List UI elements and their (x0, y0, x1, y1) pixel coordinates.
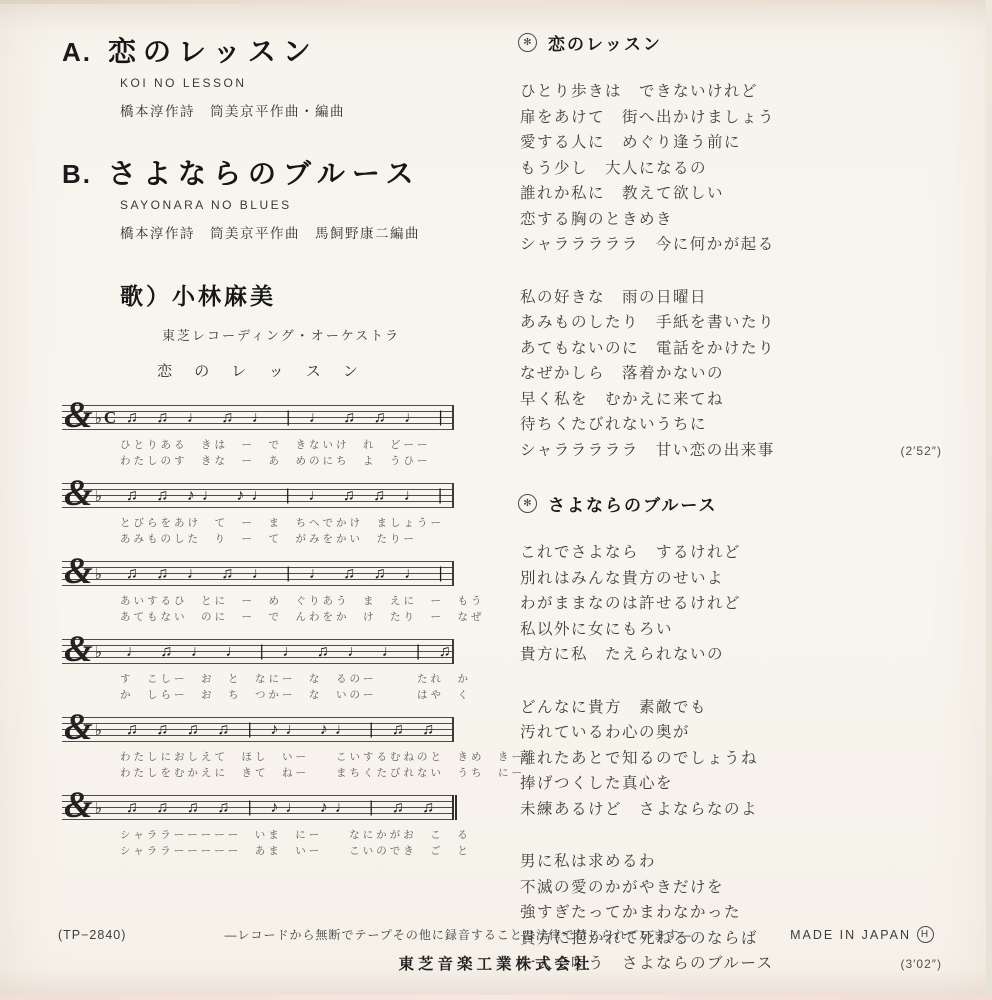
lyric-line: 別れはみんな貴方のせいよ (520, 566, 942, 592)
staff-lyric-line-1: ひとりある きは ー で きないけ れ どーー (120, 438, 462, 452)
flat-sign-icon: ♭ (95, 487, 102, 505)
staff-list: & ♭ C ♫ ♫ ♩ ♫ ♩ | ♩ ♫ ♫ ♩ | ♩ ♫ ♩ | ▬ ひと… (62, 405, 462, 858)
note-glyphs: ♫ ♫ ♩ ♫ ♩ | ♩ ♫ ♫ ♩ | ♩ ♫ ♩ | ▬ (116, 409, 452, 427)
made-in-japan-text: MADE IN JAPAN (790, 928, 911, 942)
made-in-japan: MADE IN JAPAN H (790, 926, 934, 943)
music-staff: & ♭ ♩ ♫ ♩ ♩ | ♩ ♫ ♩ ♩ | ♫ ♩. | ♩ ♪♩ ♩ す … (62, 639, 462, 702)
staff-lines: & ♭ ♫ ♫ ♩ ♫ ♩ | ♩ ♫ ♫ ♩ | ♩. ♪♩ ♩ | ♩ ♩ (62, 561, 454, 586)
track-a-side-letter: A. (62, 37, 92, 68)
treble-clef-icon: & (64, 481, 93, 506)
lyric-line: 不滅の愛のかがやきだけを (520, 875, 942, 901)
lyric-text: これでさよなら するけれど (520, 540, 741, 566)
note-glyphs: ♩ ♫ ♩ ♩ | ♩ ♫ ♩ ♩ | ♫ ♩. | ♩ ♪♩ ♩ (116, 643, 452, 661)
section-title: さよならのブルース (548, 491, 717, 516)
flat-sign-icon: ♭ (95, 565, 102, 583)
staff-lyric-line-1: す こしー お と なにー な るのー たれ か (120, 672, 462, 686)
circled-h-mark-icon: H (917, 926, 934, 943)
staff-lyric-line-1: わたしにおしえて ほし いー こいするむねのと きめ きー (120, 750, 462, 764)
staff-lyric-line-2: あみものした り ー て がみをかい たりー (120, 532, 462, 546)
lyric-text: シャラララララ 甘い恋の出来事 (520, 438, 775, 464)
scan-edge-top (0, 0, 992, 4)
staff-lyric-line-1: あいするひ とに ー め ぐりあう ま えに ー もう (120, 594, 462, 608)
scan-edge-right (986, 0, 992, 1000)
section-header: ✻ 恋のレッスン (518, 30, 942, 55)
treble-clef-icon: & (64, 793, 93, 818)
flower-ornament-icon: ✻ (518, 33, 537, 52)
catalog-number: (TP−2840) (58, 928, 126, 942)
staff-lyric-line-2: か しらー お ち つかー な いのー はや く (120, 688, 462, 702)
flat-sign-icon: ♭ (95, 643, 102, 661)
lyric-text: なぜかしら 落着かないの (520, 361, 724, 387)
lyrics-section-sayonara-no-blues: ✻ さよならのブルース これでさよなら するけれど 別れはみんな貴方のせいよ わ… (518, 491, 942, 978)
lyric-line: もう少し 大人になるの (520, 156, 942, 182)
lyric-text: 貴方に私 たえられないの (520, 642, 724, 668)
flower-ornament-icon: ✻ (518, 494, 537, 513)
lyric-line: ひとり歩きは できないけれど (520, 79, 942, 105)
staff-lines: & ♭ ♫ ♫ ♫ ♫ | ♪♩ ♪♩ | ♫ ♫ ♩ ♩ | ○ (62, 795, 457, 820)
lyric-text: わがままなのは許せるけれど (520, 591, 741, 617)
lyric-text: 強すぎたってかまわなかった (520, 900, 741, 926)
staff-lines: & ♭ ♫ ♫ ♪♩ ♪♩ | ♩ ♫ ♫ ♩ | ♩ ♫ ♩ | ▬ (62, 483, 454, 508)
lyric-line: あみものしたり 手紙を書いたり (520, 310, 942, 336)
lyric-text: 扉をあけて 街へ出かけましょう (520, 105, 775, 131)
lyric-line: 貴方に私 たえられないの (520, 642, 942, 668)
staff-lyric-line-1: シャララーーーーー いま にー なにかがお こ る (120, 828, 462, 842)
sheet-music: 恋 の レ ッ ス ン & ♭ C ♫ ♫ ♩ ♫ ♩ | ♩ ♫ ♫ ♩ | … (62, 360, 462, 873)
lyric-line: 汚れているわ心の奥が (520, 720, 942, 746)
lyric-text: ひとり歩きは できないけれど (520, 79, 758, 105)
lyric-line: 待ちくたびれないうちに (520, 412, 942, 438)
lyric-line: 誰れか私に 教えて欲しい (520, 181, 942, 207)
lyric-text: 私以外に女にもろい (520, 617, 673, 643)
singer-name: 歌）小林麻美 (120, 278, 502, 311)
music-staff: & ♭ C ♫ ♫ ♩ ♫ ♩ | ♩ ♫ ♫ ♩ | ♩ ♫ ♩ | ▬ ひと… (62, 405, 462, 468)
staff-lyric-line-2: シャララーーーーー あま いー こいのでき ご と (120, 844, 462, 858)
lyric-line: 未練あるけど さよならなのよ (520, 797, 942, 823)
lyric-text: 別れはみんな貴方のせいよ (520, 566, 724, 592)
lyric-line: 愛する人に めぐり逢う前に (520, 130, 942, 156)
track-duration: (2′52″) (900, 439, 942, 465)
lyric-text: 捧げつくした真心を (520, 771, 673, 797)
lyric-line: どんなに貴方 素敵でも (520, 695, 942, 721)
note-glyphs: ♫ ♫ ♩ ♫ ♩ | ♩ ♫ ♫ ♩ | ♩. ♪♩ ♩ | ♩ ♩ (116, 565, 452, 583)
lyrics-section-koi-no-lesson: ✻ 恋のレッスン ひとり歩きは できないけれど 扉をあけて 街へ出かけましょう … (518, 30, 942, 464)
treble-clef-icon: & (64, 637, 93, 662)
lyric-text: 私の好きな 雨の日曜日 (520, 285, 707, 311)
lyric-line: シャラララララ 甘い恋の出来事 (2′52″) (520, 438, 942, 465)
lyric-line: シャラララララ 今に何かが起る (520, 232, 942, 258)
staff-lines: & ♭ ♩ ♫ ♩ ♩ | ♩ ♫ ♩ ♩ | ♫ ♩. | ♩ ♪♩ ♩ (62, 639, 454, 664)
lyric-line: 離れたあとで知るのでしょうね (520, 746, 942, 772)
lyric-line: 私の好きな 雨の日曜日 (520, 285, 942, 311)
stanza: これでさよなら するけれど 別れはみんな貴方のせいよ わがままなのは許せるけれど… (520, 540, 942, 668)
note-glyphs: ♫ ♫ ♫ ♫ | ♪♩ ♪♩ | ♫ ♫ ♩ ♩ | ○ (116, 799, 452, 817)
lyric-text: あみものしたり 手紙を書いたり (520, 310, 775, 336)
lyric-line: 早く私を むかえに来てね (520, 387, 942, 413)
music-staff: & ♭ ♫ ♫ ♩ ♫ ♩ | ♩ ♫ ♫ ♩ | ♩. ♪♩ ♩ | ♩ ♩ … (62, 561, 462, 624)
lyric-text: シャラララララ 今に何かが起る (520, 232, 775, 258)
lyric-text: 未練あるけど さよならなのよ (520, 797, 758, 823)
staff-lines: & ♭ ♫ ♫ ♫ ♫ | ♪♩ ♪♩ | ♫ ♫ ♫ ♫ | ♪♩ ♪♩ (62, 717, 454, 742)
music-staff: & ♭ ♫ ♫ ♫ ♫ | ♪♩ ♪♩ | ♫ ♫ ♩ ♩ | ○ シャララーー… (62, 795, 462, 858)
staff-lyric-line-1: とびらをあけ て ー ま ちへでかけ ましょうー (120, 516, 462, 530)
treble-clef-icon: & (64, 559, 93, 584)
title-block: A. 恋のレッスン KOI NO LESSON 橋本淳作詩 筒美京平作曲・編曲 … (62, 30, 502, 344)
note-glyphs: ♫ ♫ ♪♩ ♪♩ | ♩ ♫ ♫ ♩ | ♩ ♫ ♩ | ▬ (116, 487, 452, 505)
note-glyphs: ♫ ♫ ♫ ♫ | ♪♩ ♪♩ | ♫ ♫ ♫ ♫ | ♪♩ ♪♩ (116, 721, 452, 739)
treble-clef-icon: & (64, 715, 93, 740)
lyric-text: 汚れているわ心の奥が (520, 720, 690, 746)
staff-lyric-line-2: わたしをむかえに きて ねー まちくたびれない うち にー (120, 766, 462, 780)
lyric-text: 待ちくたびれないうちに (520, 412, 707, 438)
stanza: 私の好きな 雨の日曜日 あみものしたり 手紙を書いたり あてもないのに 電話をか… (520, 285, 942, 465)
lyrics-column: ✻ 恋のレッスン ひとり歩きは できないけれど 扉をあけて 街へ出かけましょう … (518, 30, 942, 1000)
music-staff: & ♭ ♫ ♫ ♪♩ ♪♩ | ♩ ♫ ♫ ♩ | ♩ ♫ ♩ | ▬ とびらを… (62, 483, 462, 546)
lyric-text: 不滅の愛のかがやきだけを (520, 875, 724, 901)
track-a-title: 恋のレッスン (108, 30, 318, 70)
track-b-credits: 橋本淳作詩 筒美京平作曲 馬飼野康二編曲 (120, 222, 502, 242)
section-title: 恋のレッスン (548, 30, 662, 55)
orchestra-credit: 東芝レコーディング・オーケストラ (162, 325, 502, 344)
stanza: どんなに貴方 素敵でも 汚れているわ心の奥が 離れたあとで知るのでしょうね 捧げ… (520, 695, 942, 823)
lyric-text: 早く私を むかえに来てね (520, 387, 724, 413)
lyric-line: 男に私は求めるわ (520, 849, 942, 875)
track-b-romaji: SAYONARA NO BLUES (120, 198, 502, 212)
music-staff: & ♭ ♫ ♫ ♫ ♫ | ♪♩ ♪♩ | ♫ ♫ ♫ ♫ | ♪♩ ♪♩ わた… (62, 717, 462, 780)
track-b-head: B. さよならのブルース (62, 152, 502, 192)
lyric-line: 強すぎたってかまわなかった (520, 900, 942, 926)
lyric-text: 離れたあとで知るのでしょうね (520, 746, 758, 772)
stanza: ひとり歩きは できないけれど 扉をあけて 街へ出かけましょう 愛する人に めぐり… (520, 79, 942, 258)
treble-clef-icon: & (64, 403, 93, 428)
lyric-line: 扉をあけて 街へ出かけましょう (520, 105, 942, 131)
track-a-romaji: KOI NO LESSON (120, 76, 502, 90)
section-header: ✻ さよならのブルース (518, 491, 942, 516)
staff-lyric-line-2: わたしのす きな ー あ めのにち よ うひー (120, 454, 462, 468)
lyric-text: あてもないのに 電話をかけたり (520, 336, 775, 362)
lyric-line: わがままなのは許せるけれど (520, 591, 942, 617)
track-a-head: A. 恋のレッスン (62, 30, 502, 70)
sheet-music-title: 恋 の レ ッ ス ン (62, 360, 462, 381)
flat-sign-icon: ♭ (95, 721, 102, 739)
track-a: A. 恋のレッスン KOI NO LESSON 橋本淳作詩 筒美京平作曲・編曲 (62, 30, 502, 120)
track-a-credits: 橋本淳作詩 筒美京平作曲・編曲 (120, 100, 502, 120)
lyric-line: あてもないのに 電話をかけたり (520, 336, 942, 362)
lyric-line: 恋する胸のときめき (520, 207, 942, 233)
lyric-line: 私以外に女にもろい (520, 617, 942, 643)
flat-sign-icon: ♭ (95, 409, 102, 427)
track-b: B. さよならのブルース SAYONARA NO BLUES 橋本淳作詩 筒美京… (62, 152, 502, 242)
time-signature: C (104, 408, 116, 428)
lyric-line: 捧げつくした真心を (520, 771, 942, 797)
track-b-side-letter: B. (62, 159, 92, 190)
track-b-title: さよならのブルース (108, 152, 420, 192)
flat-sign-icon: ♭ (95, 799, 102, 817)
footer-row: (TP−2840) —レコードから無断でテープその他に録音することは法律で禁じら… (0, 926, 992, 943)
copyright-notice: —レコードから無断でテープその他に録音することは法律で禁じられています— (225, 926, 692, 943)
lyric-line: これでさよなら するけれど (520, 540, 942, 566)
lyric-text: どんなに貴方 素敵でも (520, 695, 707, 721)
lyric-text: 誰れか私に 教えて欲しい (520, 181, 724, 207)
footer: (TP−2840) —レコードから無断でテープその他に録音することは法律で禁じら… (0, 926, 992, 974)
company-name: 東芝音楽工業株式会社 (0, 952, 992, 974)
lyric-text: 愛する人に めぐり逢う前に (520, 130, 741, 156)
staff-lyric-line-2: あてもない のに ー で んわをか け たり ー なぜ (120, 610, 462, 624)
staff-lines: & ♭ C ♫ ♫ ♩ ♫ ♩ | ♩ ♫ ♫ ♩ | ♩ ♫ ♩ | ▬ (62, 405, 454, 430)
lyric-text: もう少し 大人になるの (520, 156, 707, 182)
lyric-text: 恋する胸のときめき (520, 207, 673, 233)
lyric-text: 男に私は求めるわ (520, 849, 656, 875)
record-sleeve-back: A. 恋のレッスン KOI NO LESSON 橋本淳作詩 筒美京平作曲・編曲 … (0, 0, 992, 1000)
lyric-line: なぜかしら 落着かないの (520, 361, 942, 387)
